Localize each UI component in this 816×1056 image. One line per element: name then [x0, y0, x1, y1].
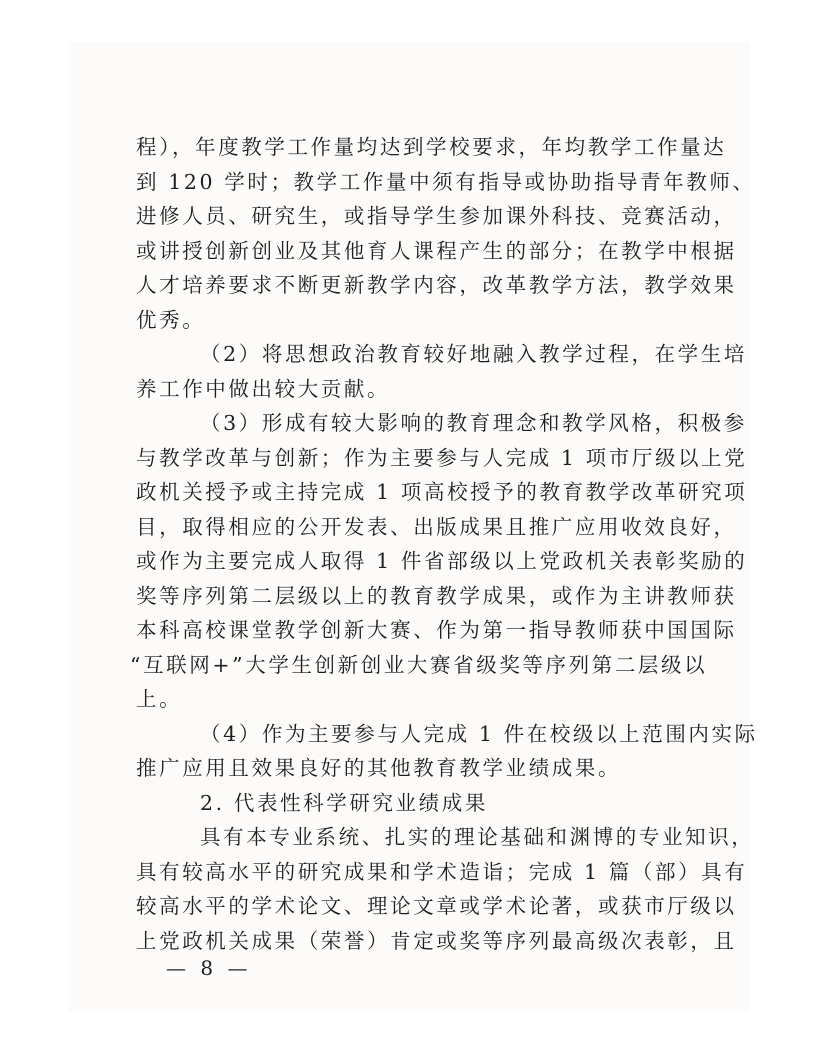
page-number: — 8 — [166, 954, 251, 982]
text-line: 目，取得相应的公开发表、出版成果且推广应用收效良好， [136, 510, 706, 544]
text-line: 政机关授予或主持完成 1 项高校授予的教育教学改革研究项 [136, 475, 706, 509]
text-line: 本科高校课堂教学创新大赛、作为第一指导教师获中国国际 [136, 613, 706, 647]
text-line: 或作为主要完成人取得 1 件省部级以上党政机关表彰奖励的 [136, 544, 706, 578]
section-heading: 2. 代表性科学研究业绩成果 [200, 786, 770, 820]
text-line: 养工作中做出较大贡献。 [136, 372, 706, 406]
text-line: 具有较高水平的研究成果和学术造诣；完成 1 篇（部）具有 [136, 855, 706, 889]
text-line: 奖等序列第二层级以上的教育教学成果，或作为主讲教师获 [136, 579, 706, 613]
text-line: 较高水平的学术论文、理论文章或学术论著，或获市厅级以 [136, 889, 706, 923]
text-line: 或讲授创新创业及其他育人课程产生的部分；在教学中根据 [136, 234, 706, 268]
list-item-4: （4）作为主要参与人完成 1 件在校级以上范围内实际 [200, 717, 770, 751]
list-item-3: （3）形成有较大影响的教育理念和教学风格，积极参 [200, 406, 770, 440]
text-line: 上党政机关成果（荣誉）肯定或奖等序列最高级次表彰，且 [136, 924, 706, 958]
text-line: 上。 [136, 682, 706, 716]
document-body: 程），年度教学工作量均达到学校要求，年均教学工作量达 到 120 学时；教学工作… [0, 0, 816, 1056]
text-line: 与教学改革与创新；作为主要参与人完成 1 项市厅级以上党 [136, 441, 706, 475]
text-line: 优秀。 [136, 303, 706, 337]
text-line: 程），年度教学工作量均达到学校要求，年均教学工作量达 [136, 130, 706, 164]
text-line: 到 120 学时；教学工作量中须有指导或协助指导青年教师、 [136, 165, 706, 199]
text-line: 具有本专业系统、扎实的理论基础和渊博的专业知识， [200, 820, 770, 854]
text-line: 进修人员、研究生，或指导学生参加课外科技、竞赛活动， [136, 199, 706, 233]
list-item-2: （2）将思想政治教育较好地融入教学过程，在学生培 [200, 337, 770, 371]
text-line: 推广应用且效果良好的其他教育教学业绩成果。 [136, 751, 706, 785]
text-line: 人才培养要求不断更新教学内容，改革教学方法，教学效果 [136, 268, 706, 302]
text-line: “互联网+”大学生创新创业大赛省级奖等序列第二层级以 [130, 648, 700, 682]
